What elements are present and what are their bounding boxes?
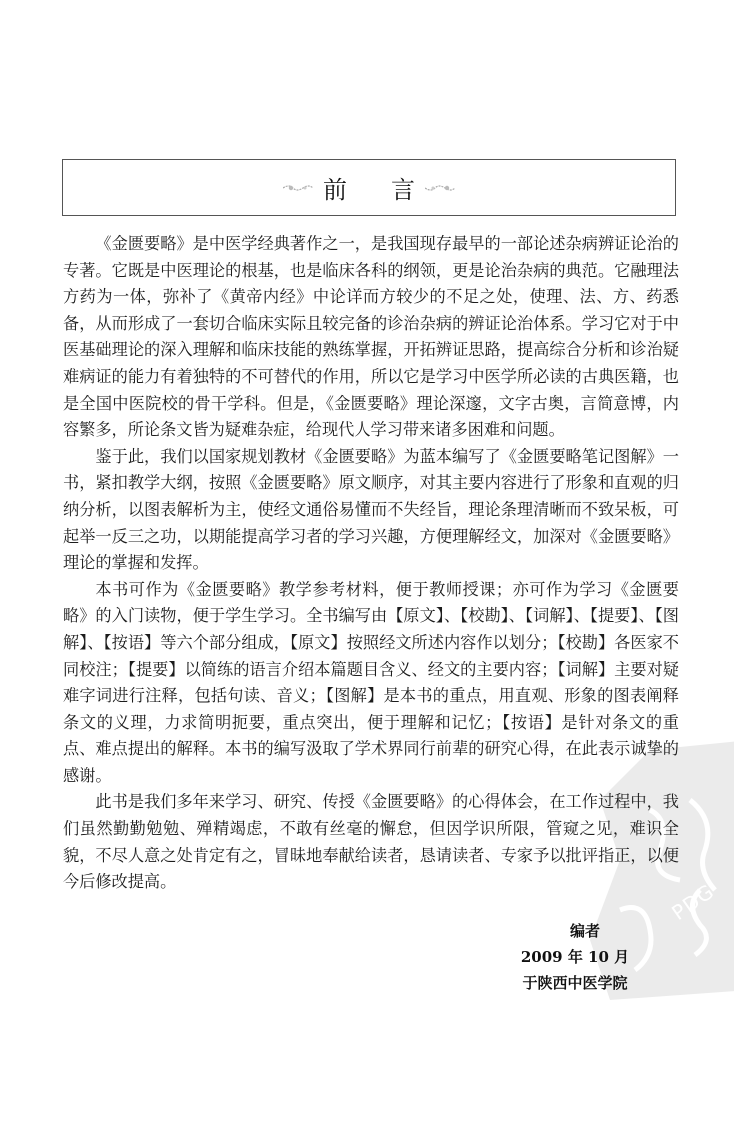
signature-author: 编者 xyxy=(500,918,650,944)
signature-date: 2009 年 10 月 xyxy=(500,944,650,970)
paragraph: 《金匮要略》是中医学经典著作之一，是我国现存最早的一部论述杂病辨证论治的专著。它… xyxy=(63,231,679,444)
paragraph: 本书可作为《金匮要略》教学参考材料，便于教师授课；亦可作为学习《金匮要略》的入门… xyxy=(63,577,679,790)
signature-place: 于陕西中医学院 xyxy=(500,970,650,996)
signature-block: 编者 2009 年 10 月 于陕西中医学院 xyxy=(500,918,650,996)
right-scroll-ornament-icon xyxy=(425,183,455,193)
paragraph: 鉴于此，我们以国家规划教材《金匮要略》为蓝本编写了《金匮要略笔记图解》一书，紧扣… xyxy=(63,444,679,577)
title-frame: 前言 xyxy=(62,159,676,216)
document-page: PDG 前言 《金匮要略》是中医学经典著作之一，是我国现存最早的一部论述 xyxy=(0,0,734,1122)
left-scroll-ornament-icon xyxy=(283,183,313,193)
preface-body: 《金匮要略》是中医学经典著作之一，是我国现存最早的一部论述杂病辨证论治的专著。它… xyxy=(63,231,679,896)
paragraph: 此书是我们多年来学习、研究、传授《金匮要略》的心得体会，在工作过程中，我们虽然勤… xyxy=(63,789,679,895)
